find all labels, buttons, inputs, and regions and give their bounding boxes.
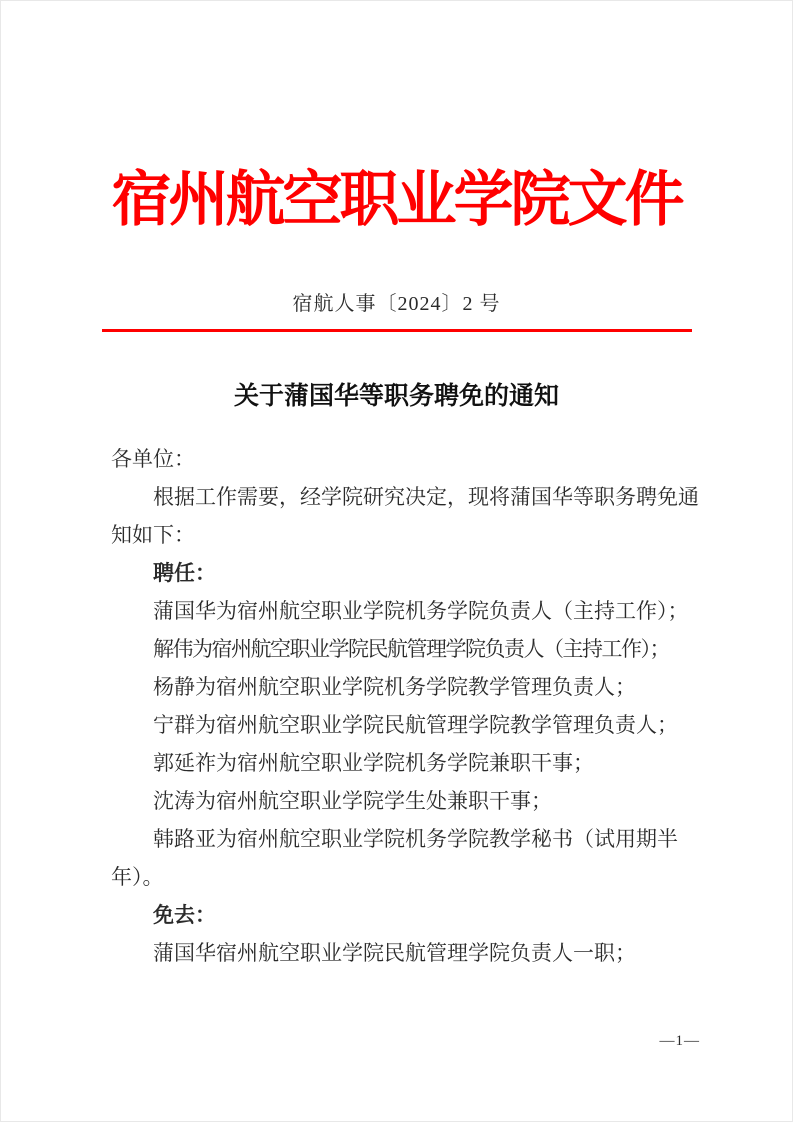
appointments-heading: 聘任：	[111, 554, 711, 592]
document-body: 各单位： 根据工作需要，经学院研究决定，现将蒲国华等职务聘免通 知如下： 聘任：…	[111, 440, 711, 972]
intro-line-1: 根据工作需要，经学院研究决定，现将蒲国华等职务聘免通	[111, 478, 711, 516]
intro-line-2: 知如下：	[111, 516, 711, 554]
appointment-item: 沈涛为宿州航空职业学院学生处兼职干事；	[111, 782, 711, 820]
notice-title: 关于蒲国华等职务聘免的通知	[1, 380, 792, 414]
doc-number: 宿航人事〔2024〕2 号	[1, 291, 792, 317]
appointment-item-line-1: 韩路亚为宿州航空职业学院机务学院教学秘书（试用期半	[111, 820, 711, 858]
dismissals-heading: 免去：	[111, 896, 711, 934]
masthead-title: 宿州航空职业学院文件	[1, 164, 792, 236]
appointment-item: 郭延祚为宿州航空职业学院机务学院兼职干事；	[111, 744, 711, 782]
document-page: 宿州航空职业学院文件 宿航人事〔2024〕2 号 关于蒲国华等职务聘免的通知 各…	[0, 0, 793, 1122]
appointment-item: 解伟为宿州航空职业学院民航管理学院负责人（主持工作）；	[111, 630, 711, 668]
page-number: —1—	[660, 1031, 701, 1051]
appointment-item: 宁群为宿州航空职业学院民航管理学院教学管理负责人；	[111, 706, 711, 744]
salutation-line: 各单位：	[111, 440, 711, 478]
red-divider-line	[102, 329, 692, 332]
appointment-item: 杨静为宿州航空职业学院机务学院教学管理负责人；	[111, 668, 711, 706]
appointment-item-line-2: 年）。	[111, 858, 711, 896]
appointment-item: 蒲国华为宿州航空职业学院机务学院负责人（主持工作）；	[111, 592, 711, 630]
dismissal-item: 蒲国华宿州航空职业学院民航管理学院负责人一职；	[111, 934, 711, 972]
